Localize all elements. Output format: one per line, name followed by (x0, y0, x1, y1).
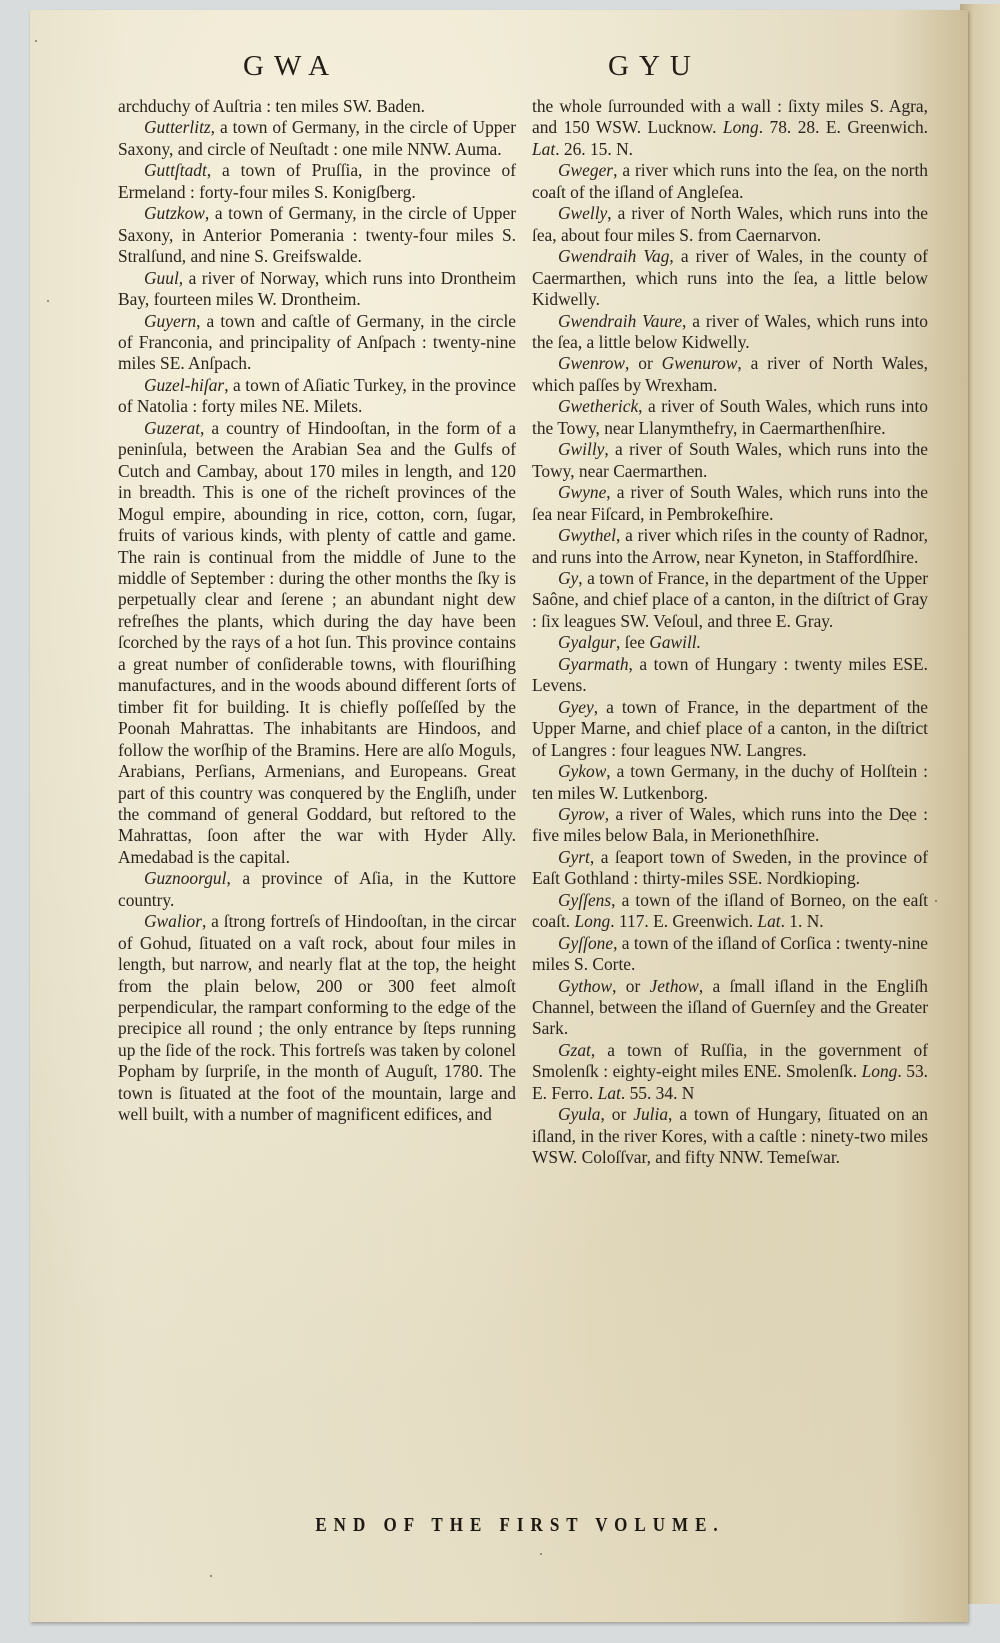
entry: Gutzkow, a town of Germany, in the circl… (118, 203, 516, 267)
entry: Gykow, a town Germany, in the duchy of H… (532, 761, 928, 804)
headword: Gykow (558, 761, 606, 781)
headword: Guzerat (144, 418, 200, 438)
headword: Guttſtadt (144, 160, 207, 180)
entry: Gwalior, a ſtrong fortreſs of Hindooſtan… (118, 911, 516, 1126)
left-column: archduchy of Auſtria : ten miles SW. Bad… (118, 96, 516, 1126)
headword: Gwythel (558, 525, 616, 545)
headword: Gyſſone (558, 933, 613, 953)
headword: Gwetherick (558, 396, 638, 416)
headword: Gyarmath (558, 654, 629, 674)
entry-text: , a country of Hindooſtan, in the form o… (118, 418, 516, 867)
headword: Guznoorgul (144, 868, 226, 888)
headword: Gwendraih Vaure (558, 311, 682, 331)
longitude-value: . 78. 28. E. Greenwich. (759, 117, 928, 137)
longitude-value: . 117. E. Greenwich. (610, 911, 757, 931)
entry-continuation: the whole ſurrounded with a wall : ſixty… (532, 96, 928, 160)
headword: Gyalgur (558, 632, 616, 652)
right-column: the whole ſurrounded with a wall : ſixty… (532, 96, 928, 1169)
entry: Gutterlitz, a town of Germany, in the ci… (118, 117, 516, 160)
entry: Guyern, a town and caſtle of Germany, in… (118, 311, 516, 375)
ink-speck (47, 300, 49, 302)
latitude-value: . 26. 15. N. (555, 139, 633, 159)
running-head-right: GYU (608, 50, 701, 83)
headword: Gyrt (558, 847, 590, 867)
headword: Guyern (144, 311, 196, 331)
headword: Gutterlitz (144, 117, 211, 137)
entry-or: , or (612, 976, 649, 996)
entry-text: , a ſeaport town of Sweden, in the provi… (532, 847, 928, 888)
headword: Gwyne (558, 482, 606, 502)
longitude-label: Long (575, 911, 611, 931)
entry: Gwythel, a river which riſes in the coun… (532, 525, 928, 568)
headword-alt: Jethow (650, 976, 699, 996)
entry: Gwendraih Vaure, a river of Wales, which… (532, 311, 928, 354)
entry-text: archduchy of Auſtria : ten miles SW. Bad… (118, 96, 425, 116)
entry: Gwendraih Vag, a river of Wales, in the … (532, 246, 928, 310)
headword: Gyula (558, 1104, 601, 1124)
entry: Gwyne, a river of South Wales, which run… (532, 482, 928, 525)
entry: Gythow, or Jethow, a ſmall iſland in the… (532, 976, 928, 1040)
entry: Guzerat, a country of Hindooſtan, in the… (118, 418, 516, 869)
headword: Guzel-hiſar (144, 375, 224, 395)
entry: Gwetherick, a river of South Wales, whic… (532, 396, 928, 439)
headword: Gyey (558, 697, 594, 717)
entry: Gyalgur, ſee Gawill. (532, 632, 928, 653)
latitude-label: Lat (598, 1083, 621, 1103)
headword: Gyrow (558, 804, 605, 824)
entry: Guttſtadt, a town of Pruſſia, in the pro… (118, 160, 516, 203)
entry: Gweger, a river which runs into the ſea,… (532, 160, 928, 203)
ink-speck (210, 1575, 212, 1577)
entry: Gyſſens, a town of the iſland of Borneo,… (532, 890, 928, 933)
entry: Gyſſone, a town of the iſland of Corſica… (532, 933, 928, 976)
entry: Gzat, a town of Ruſſia, in the governmen… (532, 1040, 928, 1104)
entry-text: , a town of France, in the department of… (532, 568, 928, 631)
headword: Gy (558, 568, 578, 588)
headword: Gyſſens (558, 890, 611, 910)
entry-text: , ſee (616, 632, 649, 652)
headword: Gwelly (558, 203, 607, 223)
entry: Gwelly, a river of North Wales, which ru… (532, 203, 928, 246)
ink-speck (935, 900, 937, 902)
entry: Gwilly, a river of South Wales, which ru… (532, 439, 928, 482)
ink-speck (35, 40, 37, 42)
cross-reference: Gawill. (649, 632, 701, 652)
latitude-label: Lat (757, 911, 780, 931)
headword: Gzat (558, 1040, 591, 1060)
entry-or: , or (625, 353, 662, 373)
latitude-value: . 1. N. (781, 911, 824, 931)
entry: Gyey, a town of France, in the departmen… (532, 697, 928, 761)
headword-alt: Gwenurow (662, 353, 738, 373)
entry: Gy, a town of France, in the department … (532, 568, 928, 632)
entry: Guzel-hiſar, a town of Aſiatic Turkey, i… (118, 375, 516, 418)
entry: Gyrt, a ſeaport town of Sweden, in the p… (532, 847, 928, 890)
volume-end-notice: END OF THE FIRST VOLUME. (0, 1515, 1000, 1535)
headword: Gwalior (144, 911, 202, 931)
entry: Gyarmath, a town of Hungary : twenty mil… (532, 654, 928, 697)
longitude-label: Long (862, 1061, 898, 1081)
headword: Gweger (558, 160, 613, 180)
headword: Gwendraih Vag (558, 246, 669, 266)
entry-or: , or (601, 1104, 634, 1124)
headword: Guul (144, 268, 179, 288)
entry-continuation: archduchy of Auſtria : ten miles SW. Bad… (118, 96, 516, 117)
entry-text: , a ſtrong fortreſs of Hindooſtan, in th… (118, 911, 516, 1124)
ink-speck (540, 1553, 542, 1555)
entry: Gwenrow, or Gwenurow, a river of North W… (532, 353, 928, 396)
headword-alt: Julia (633, 1104, 668, 1124)
longitude-label: Long (723, 117, 759, 137)
headword: Gythow (558, 976, 612, 996)
volume-end-text: END OF THE FIRST VOLUME. (315, 1514, 724, 1537)
latitude-label: Lat (532, 139, 555, 159)
headword: Gwenrow (558, 353, 625, 373)
entry: Guul, a river of Norway, which runs into… (118, 268, 516, 311)
headword: Gwilly (558, 439, 604, 459)
entry: Gyrow, a river of Wales, which runs into… (532, 804, 928, 847)
running-head-left: GWA (243, 50, 339, 83)
latitude-value: . 55. 34. N (621, 1083, 694, 1103)
entry: Gyula, or Julia, a town of Hungary, ſitu… (532, 1104, 928, 1168)
entry: Guznoorgul, a province of Aſia, in the K… (118, 868, 516, 911)
headword: Gutzkow (144, 203, 205, 223)
